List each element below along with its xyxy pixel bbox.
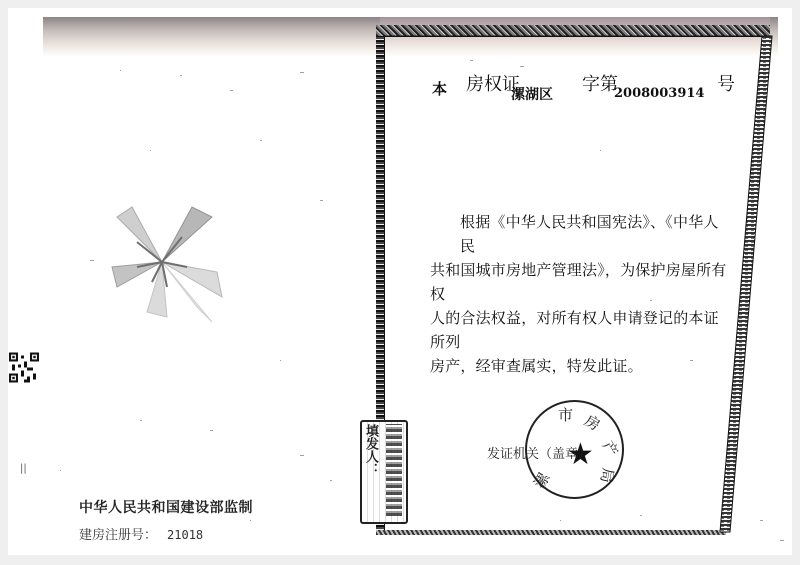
- frame-border-bottom: [376, 530, 726, 535]
- margin-mark: ||: [20, 463, 27, 474]
- certificate-header-band: [380, 17, 770, 57]
- scan-speckle: [690, 360, 693, 361]
- scan-speckle: [280, 360, 281, 361]
- scan-speckle: [60, 470, 61, 471]
- zi-di-label: 字第: [582, 70, 618, 96]
- emblem-watermark-icon: [100, 190, 240, 330]
- cert-number-field: 2008003914: [614, 86, 704, 101]
- scan-speckle: [90, 260, 94, 261]
- scan-speckle: [780, 540, 784, 541]
- scan-speckle: [260, 140, 262, 141]
- scan-speckle: [480, 360, 484, 361]
- scan-speckle: [140, 420, 142, 421]
- frame-border-top: [376, 25, 770, 37]
- scan-speckle: [180, 75, 182, 76]
- issuer-label: 发证机关（盖章）: [487, 443, 591, 462]
- scan-speckle: [230, 90, 233, 91]
- seal-char: 市: [558, 404, 573, 425]
- district-field: 漯湖区: [511, 84, 553, 104]
- body-line: 共和国城市房地产管理法》，为保护房屋所有权: [430, 258, 730, 306]
- scan-speckle: [560, 520, 561, 521]
- registration-label: 建房注册号：: [79, 528, 157, 543]
- scan-speckle: [650, 300, 652, 301]
- scan-speckle: [470, 60, 473, 61]
- registration-line: 建房注册号：21018: [79, 524, 203, 543]
- scan-speckle: [300, 455, 304, 456]
- scan-speckle: [120, 70, 121, 71]
- scan-speckle: [150, 150, 151, 151]
- body-line: 人的合法权益，对所有权人申请登记的本证所列: [430, 306, 730, 354]
- header-prefix: 本: [432, 78, 447, 99]
- registration-number: 21018: [167, 528, 203, 542]
- scan-speckle: [320, 200, 323, 201]
- scan-speckle: [760, 520, 763, 521]
- certificate-body: 根据《中华人民共和国宪法》、《中华人民 共和国城市房地产管理法》，为保护房屋所有…: [430, 210, 730, 378]
- scan-speckle: [640, 515, 642, 516]
- body-line: 房产，经审查属实，特发此证。: [430, 354, 730, 378]
- vertical-stamp-text: 填发人：: [362, 424, 380, 476]
- scan-speckle: [300, 72, 304, 73]
- scan-speckle: [600, 150, 601, 151]
- scan-speckle: [250, 520, 251, 521]
- scan-speckle: [210, 430, 213, 431]
- header-suffix: 号: [717, 70, 735, 96]
- scan-speckle: [330, 480, 332, 481]
- scan-speckle: [520, 66, 524, 67]
- body-line: 根据《中华人民共和国宪法》、《中华人民: [430, 210, 730, 258]
- supervisor-text: 中华人民共和国建设部监制: [79, 497, 253, 517]
- qr-code-icon[interactable]: [9, 352, 39, 386]
- vertical-stamp-pattern: [386, 424, 402, 516]
